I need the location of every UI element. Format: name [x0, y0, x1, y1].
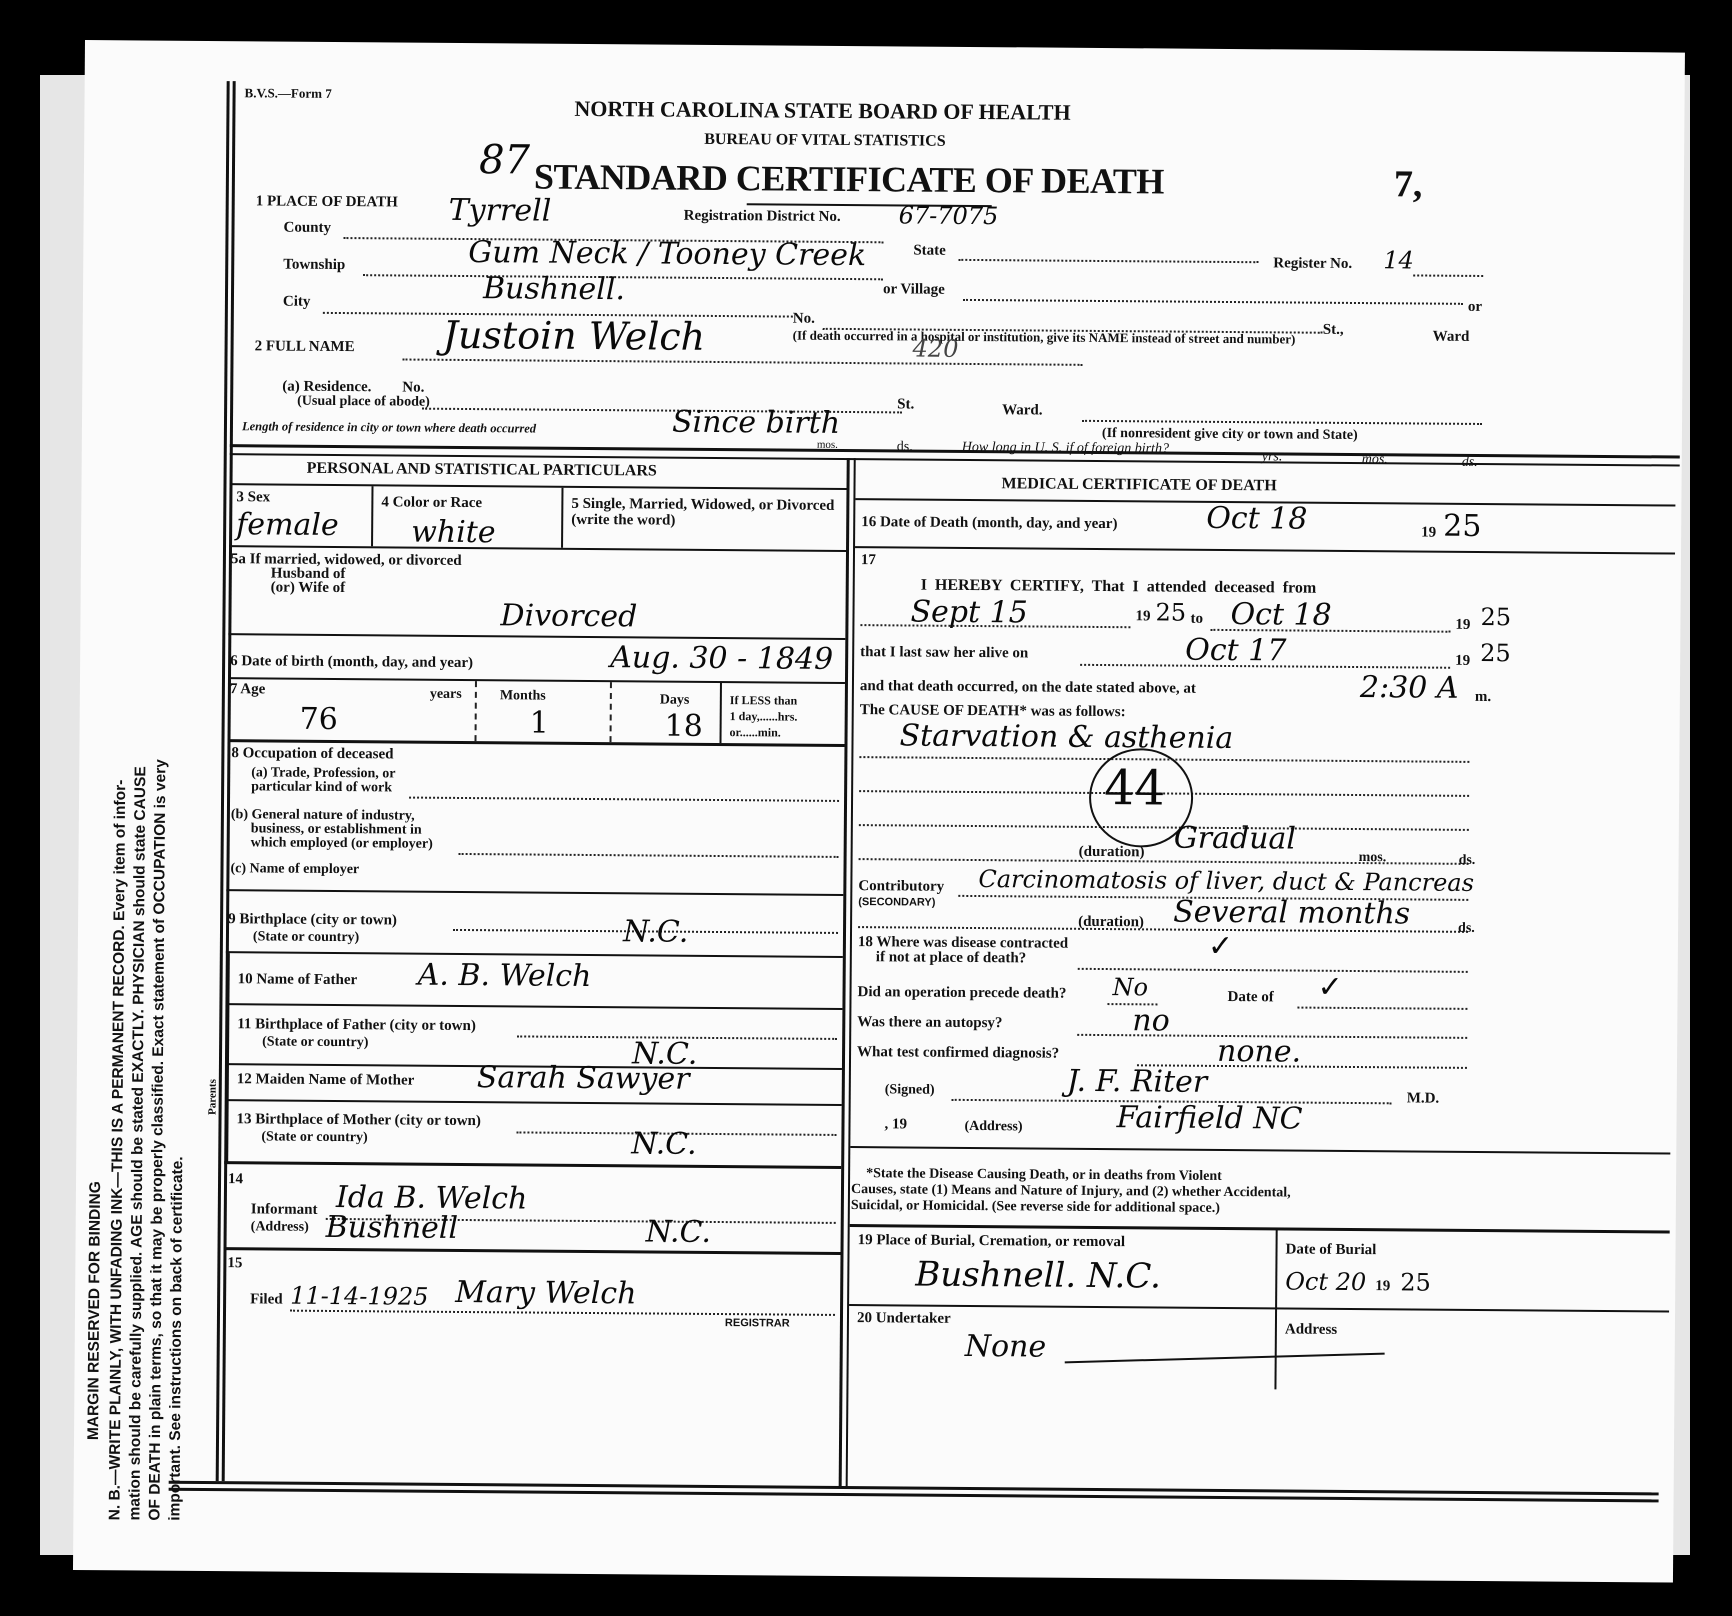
- registrar-label: REGISTRAR: [725, 1317, 790, 1330]
- last-saw-value: Oct 17: [1185, 633, 1286, 669]
- occ-b-line: [459, 853, 839, 858]
- dod-year-prefix: 19: [1421, 525, 1436, 542]
- burial-date-label: Date of Burial: [1285, 1241, 1376, 1259]
- state-line: [958, 259, 1258, 263]
- spouse-row-line: [228, 633, 845, 640]
- personal-section-title: PERSONAL AND STATISTICAL PARTICULARS: [307, 460, 657, 481]
- age-months: 1: [530, 706, 549, 741]
- dod-year: 25: [1443, 509, 1481, 544]
- mother-label: 12 Maiden Name of Mother: [237, 1071, 415, 1089]
- duration2-ds-label: ds.: [1458, 921, 1475, 937]
- age-years: 76: [300, 702, 338, 737]
- city-label: City: [283, 294, 311, 311]
- sex-value: female: [236, 507, 339, 543]
- age-label: 7 Age: [230, 681, 266, 698]
- circled-code: 44: [1104, 760, 1166, 816]
- occ-a-label-2: particular kind of work: [251, 779, 392, 796]
- attended-to-year-prefix: 19: [1455, 617, 1470, 634]
- village-line: [963, 299, 1463, 305]
- ward-label: Ward: [1433, 329, 1470, 346]
- attended-to-year: 25: [1480, 603, 1511, 631]
- bureau-title: BUREAU OF VITAL STATISTICS: [704, 131, 946, 151]
- informant-address-state: N.C.: [646, 1214, 712, 1250]
- informant-label: Informant: [251, 1201, 318, 1219]
- burial-value: Bushnell. N.C.: [915, 1255, 1161, 1297]
- last-saw-year: 25: [1480, 639, 1511, 667]
- certificate-title: STANDARD CERTIFICATE OF DEATH: [534, 156, 1164, 203]
- date-19-label: , 19: [884, 1116, 907, 1133]
- dob-row-line: [228, 677, 845, 684]
- occurred-value: 2:30 A: [1360, 670, 1459, 706]
- attended-from-year: 25: [1155, 598, 1186, 626]
- test-value: none.: [1217, 1034, 1301, 1070]
- signed-row-line: [850, 1146, 1670, 1154]
- undertaker-address-label: Address: [1285, 1321, 1337, 1338]
- signer-address-value: Fairfield NC: [1116, 1100, 1302, 1136]
- days-label: Days: [660, 693, 690, 709]
- duration-label: (duration): [1079, 844, 1145, 862]
- full-name-value: Justoin Welch: [443, 313, 706, 359]
- reg-district-label: Registration District No.: [684, 208, 841, 226]
- father-bp-sub: (State or country): [262, 1034, 368, 1051]
- death-certificate: MARGIN RESERVED FOR BINDING N. B.—WRITE …: [73, 40, 1685, 1583]
- dob-value: Aug. 30 - 1849: [610, 640, 833, 677]
- footnote-3: Suicidal, or Homicidal. (See reverse sid…: [851, 1198, 1220, 1217]
- days-divider: [719, 683, 721, 743]
- duration2-value: Several months: [1173, 895, 1410, 932]
- marital-label: 5 Single, Married, Widowed, or Divorced …: [571, 496, 841, 530]
- less-label-2: 1 day,......hrs.: [730, 709, 798, 725]
- to-label: to: [1190, 611, 1203, 628]
- nonresident-line: [1082, 420, 1482, 425]
- father-label: 10 Name of Father: [238, 971, 358, 989]
- st-label: St.,: [1323, 322, 1344, 339]
- city-value: Bushnell.: [483, 271, 625, 307]
- operation-value: No: [1112, 973, 1148, 1001]
- length-ds-label: ds.: [897, 439, 913, 455]
- autopsy-value: no: [1132, 1003, 1170, 1038]
- last-saw-year-prefix: 19: [1455, 653, 1470, 670]
- date-of-line: [1297, 1007, 1467, 1010]
- spouse-label-1: 5a If married, widowed, or divorced: [231, 551, 462, 570]
- father-value: A. B. Welch: [418, 958, 592, 994]
- village-label: or Village: [883, 281, 945, 298]
- hospital-note: (If death occurred in a hospital or inst…: [793, 328, 1296, 348]
- mother-bp-sub: (State or country): [261, 1129, 367, 1146]
- contracted-label-2: if not at place of death?: [876, 949, 1027, 967]
- burial-row-line: [849, 1304, 1669, 1312]
- informant-address-label: (Address): [251, 1219, 309, 1235]
- test-label: What test confirmed diagnosis?: [857, 1044, 1059, 1063]
- signed-label: (Signed): [885, 1082, 935, 1098]
- contracted-value: ✓: [1208, 929, 1233, 964]
- reg-district-value: 67-7075: [899, 201, 999, 230]
- occ-c-label: (c) Name of employer: [230, 861, 359, 878]
- mother-row-line: [227, 1099, 842, 1106]
- undertaker-label: 20 Undertaker: [857, 1310, 951, 1328]
- duration-value: Gradual: [1174, 821, 1296, 857]
- dod-value: Oct 18: [1206, 501, 1307, 537]
- township-label: Township: [283, 257, 345, 274]
- form-id: B.V.S.—Form 7: [245, 85, 332, 102]
- birthplace-label: 9 Birthplace (city or town): [228, 911, 397, 929]
- informant-row-line: [224, 1247, 841, 1255]
- age-days: 18: [664, 709, 702, 744]
- registrar-value: Mary Welch: [455, 1275, 637, 1311]
- dob-label: 6 Date of birth (month, day, and year): [230, 653, 473, 672]
- autopsy-label: Was there an autopsy?: [857, 1014, 1002, 1032]
- dod-row-line: [855, 546, 1675, 554]
- race-divider: [561, 488, 563, 548]
- sex-divider: [371, 486, 373, 546]
- father-bp-label: 11 Birthplace of Father (city or town): [237, 1016, 476, 1035]
- margin-line-4: important. See instructions on back of c…: [165, 1156, 188, 1520]
- contributory-value: Carcinomatosis of liver, duct & Pancreas: [978, 865, 1474, 897]
- birthplace-sub: (State or country): [253, 929, 359, 946]
- register-value: 14: [1383, 246, 1414, 274]
- mother-bp-label: 13 Birthplace of Mother (city or town): [236, 1111, 481, 1130]
- occupation-label: 8 Occupation of deceased: [231, 745, 393, 763]
- full-name-line: [402, 359, 1082, 366]
- date-of-value: ✓: [1317, 970, 1342, 1005]
- burial-year: 25: [1400, 1268, 1431, 1296]
- years-label: years: [430, 687, 462, 703]
- occ-a-line: [409, 797, 839, 802]
- corner-mark: 7,: [1394, 162, 1423, 206]
- residence-st-label: St.: [897, 396, 914, 413]
- register-line: [1413, 274, 1483, 277]
- handwritten-number: 87: [479, 137, 530, 183]
- parents-label: Parents: [206, 1079, 218, 1115]
- last-saw-label: that I last saw her alive on: [860, 644, 1028, 662]
- occ-b-label-3: which employed (or employer): [251, 835, 433, 852]
- signed-value: J. F. Riter: [1067, 1064, 1208, 1100]
- undertaker-value: None: [965, 1329, 1047, 1365]
- length-residence-value: Since birth: [672, 405, 840, 441]
- race-value: white: [411, 515, 496, 551]
- father-row-line: [227, 1003, 842, 1010]
- mother-value: Sarah Sawyer: [477, 1060, 690, 1097]
- occurred-suffix: m.: [1475, 689, 1491, 706]
- race-label: 4 Color or Race: [381, 494, 482, 512]
- item-17: 17: [861, 552, 876, 569]
- birthplace-value: N.C.: [623, 914, 689, 950]
- contributory-label: Contributory: [858, 878, 944, 896]
- informant-address-value: Bushnell: [326, 1210, 459, 1246]
- or-label: or: [1468, 299, 1482, 316]
- register-label: Register No.: [1273, 255, 1352, 273]
- less-label-3: or......min.: [730, 725, 781, 740]
- duration2-label: (duration): [1078, 914, 1144, 932]
- mother-bp-value: N.C.: [631, 1126, 697, 1162]
- township-value: Gum Neck / Tooney Creek: [468, 235, 866, 273]
- attended-from-year-prefix: 19: [1135, 608, 1150, 625]
- board-title: NORTH CAROLINA STATE BOARD OF HEALTH: [574, 96, 1070, 126]
- undertaker-strike: [1065, 1353, 1385, 1364]
- occupation-row-line: [226, 889, 843, 896]
- duration-ds-label: ds.: [1459, 853, 1476, 869]
- length-residence-label: Length of residence in city or town wher…: [242, 419, 536, 436]
- burial-date-value: Oct 20: [1285, 1267, 1366, 1296]
- county-value: Tyrrell: [449, 193, 552, 229]
- margin-mark: 420: [912, 335, 958, 363]
- item-15: 15: [227, 1255, 242, 1272]
- spouse-label-3: (or) Wife of: [271, 579, 346, 597]
- contracted-line: [1078, 968, 1468, 973]
- cause-value: Starvation & asthenia: [899, 718, 1233, 756]
- md-label: M.D.: [1407, 1090, 1440, 1107]
- dod-label: 16 Date of Death (month, day, and year): [861, 514, 1117, 533]
- burial-label: 19 Place of Burial, Cremation, or remova…: [858, 1232, 1126, 1251]
- full-name-label: 2 FULL NAME: [255, 338, 355, 356]
- years-divider: [475, 681, 477, 741]
- place-of-death-label: 1 PLACE OF DEATH: [256, 193, 398, 211]
- medical-section-title: MEDICAL CERTIFICATE OF DEATH: [1001, 475, 1276, 495]
- filed-label: Filed: [250, 1291, 283, 1308]
- operation-label: Did an operation precede death?: [857, 984, 1066, 1003]
- less-label-1: If LESS than: [730, 693, 797, 709]
- sex-label: 3 Sex: [236, 489, 270, 506]
- residence-sub-label: (Usual place of abode): [297, 394, 430, 411]
- foreign-birth-label: How long in U. S. if of foreign birth?: [962, 440, 1169, 458]
- date-of-label: Date of: [1227, 989, 1273, 1006]
- item-14: 14: [228, 1171, 243, 1188]
- margin-reserved: MARGIN RESERVED FOR BINDING: [84, 1181, 106, 1440]
- signer-address-label: (Address): [964, 1119, 1022, 1135]
- attended-to: Oct 18: [1230, 597, 1331, 633]
- no-label: No.: [793, 311, 815, 328]
- spouse-value: Divorced: [500, 598, 637, 634]
- secondary-label: (SECONDARY): [858, 896, 935, 909]
- county-label: County: [283, 220, 331, 237]
- birthplace-row-line: [226, 951, 843, 958]
- months-label: Months: [500, 688, 546, 704]
- state-label: State: [913, 243, 946, 260]
- burial-year-prefix: 19: [1375, 1278, 1390, 1295]
- months-divider: [610, 682, 612, 742]
- personal-header-line: [230, 483, 847, 490]
- occurred-label: and that death occurred, on the date sta…: [860, 678, 1196, 698]
- filed-value: 11-14-1925: [290, 1282, 429, 1311]
- parents-bottom-line: [224, 1161, 841, 1169]
- duration-mos-label: mos.: [1359, 850, 1387, 866]
- residence-ward-label: Ward.: [1002, 402, 1043, 419]
- parents-divider: [226, 953, 230, 1163]
